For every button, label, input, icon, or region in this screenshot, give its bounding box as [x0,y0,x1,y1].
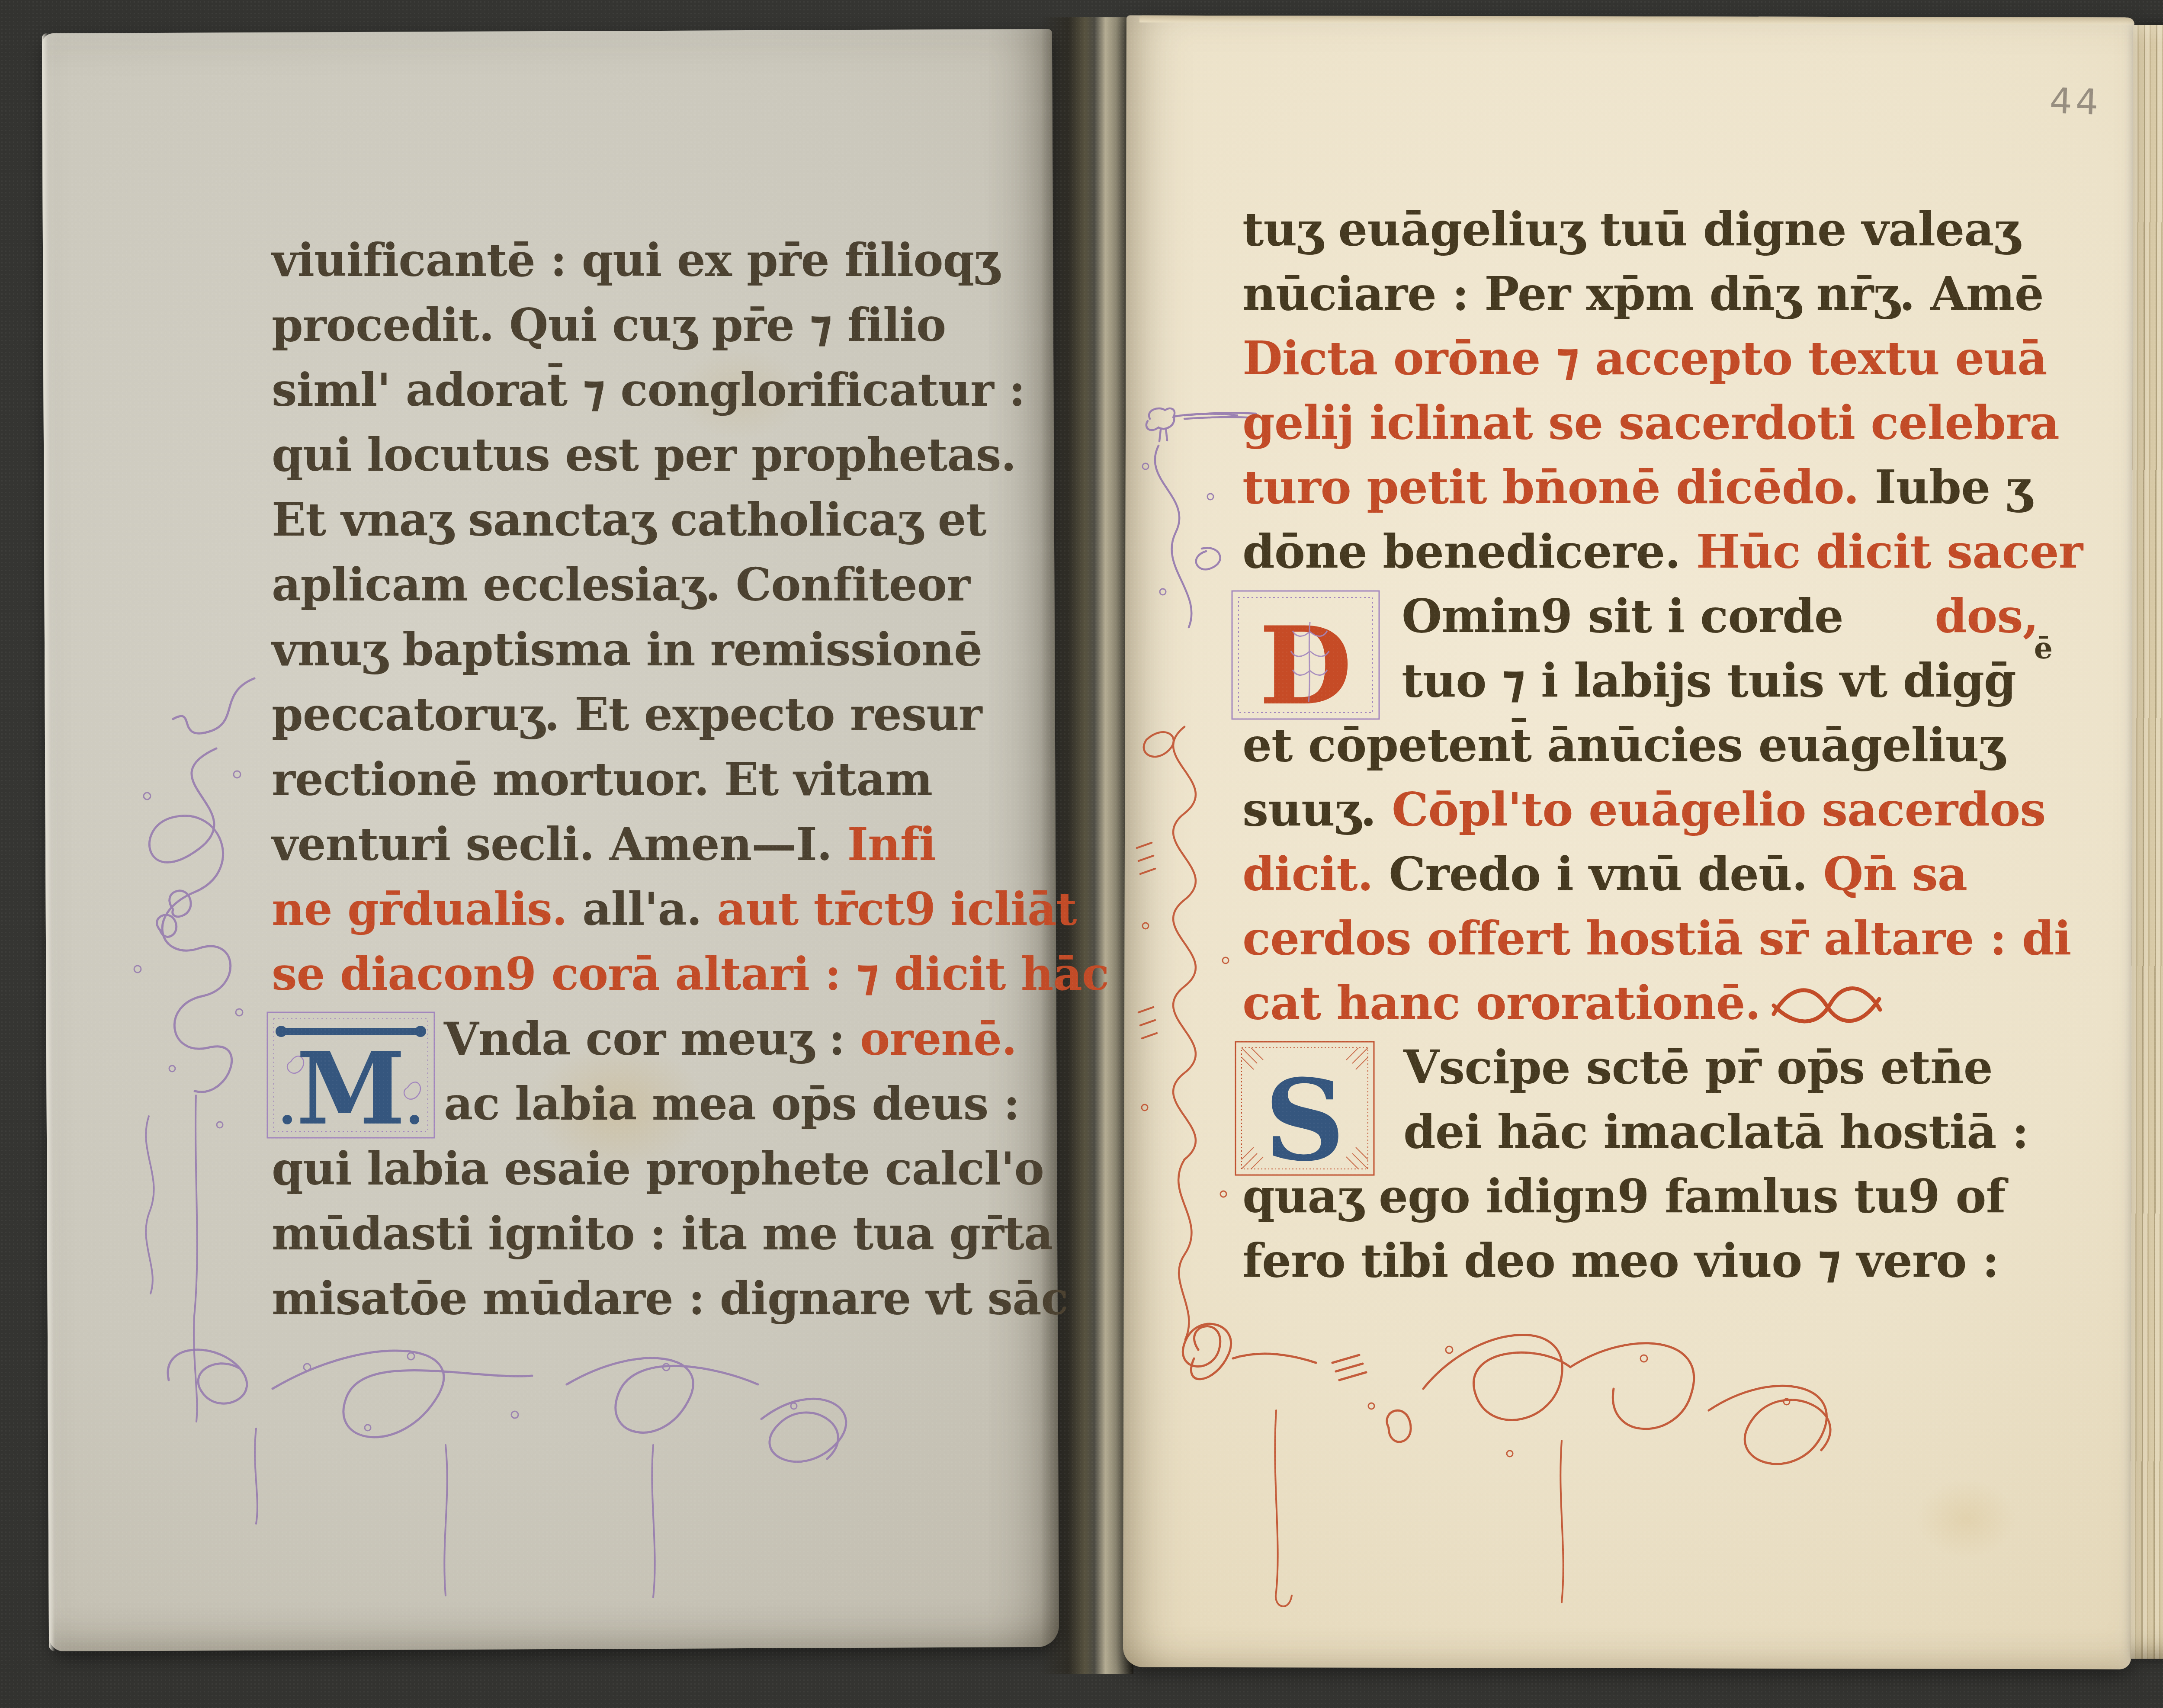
text-line: qui locutus est per prophetas. [272,428,1042,493]
text-segment: dicit. [1242,847,1389,901]
text-line: fero tibi deo meo viuo ⁊ vero : [1242,1234,2090,1298]
text-segment: Vnda cor meuʒ : [444,1012,860,1066]
text-segment: Infi [847,818,936,871]
text-segment: Qn̄ sa [1823,847,1967,901]
text-line: nūciare : Per xp̄m dn̄ʒ nr̄ʒ. Amē [1242,267,2090,331]
text-line: gelij iclinat se sacerdoti celebra [1242,396,2090,460]
text-segment: cat hanc ororationē. [1242,976,1761,1030]
text-segment: se diacon9 corā altari : ⁊ dicit hāc [272,947,1109,1001]
text-segment: Cōpl'to euāgelio sacerdos [1392,783,2045,837]
text-segment: dos, [1935,589,2038,643]
text-line: dei hāc imaclatā hostiā : [1242,1105,2090,1169]
text-segment: all'a. [582,883,717,936]
text-line: siml' adorat̄ ⁊ conglorificatur : [272,363,1042,428]
text-line: tuʒ euāgeliuʒ tuū digne valeaʒ [1242,202,2090,267]
text-segment: nūciare : Per xp̄m dn̄ʒ nr̄ʒ. Amē [1242,267,2044,321]
text-segment: et cōpetent̄ ānūcies euāgeliuʒ [1242,718,2004,772]
text-segment: venturi secli. Amen—I. [272,818,847,871]
text-segment: tuʒ euāgeliuʒ tuū digne valeaʒ [1242,202,2019,257]
text-line: ac labia mea op̄s deus : [272,1077,1042,1142]
text-segment: orenē. [860,1012,1017,1066]
penwork-right-bottom-flourish [1146,1298,1908,1609]
text-line: dicit. Credo i vnū deū. Qn̄ sa [1242,847,2090,912]
text-line: dōne benedicere. Hūc dicit sacer [1242,525,2090,589]
text-segment: qui labia esaie prophete calcl'o [272,1142,1044,1195]
manuscript-photo: M D S viuificantē : qui ex pr̄e filioqʒp… [0,0,2163,1708]
folio-number: 44 [2049,80,2102,123]
text-segment: cerdos offert hostiā sr̄ altare : di [1242,912,2071,966]
text-segment: fero tibi deo meo viuo ⁊ vero : [1242,1234,1999,1288]
text-segment: dōne benedicere. [1242,525,1696,579]
text-segment: Vscipe sctē pr̄ op̄s etn̄e [1403,1040,1993,1095]
text-segment: Credo i vnū deū. [1389,847,1823,901]
text-line: suuʒ. Cōpl'to euāgelio sacerdos [1242,783,2090,847]
text-line: qui labia esaie prophete calcl'o [272,1142,1042,1207]
text-line: cerdos offert hostiā sr̄ altare : di [1242,912,2090,976]
text-line: se diacon9 corā altari : ⁊ dicit hāc [272,947,1042,1012]
text-line: turo petit bn̄onē dicēdo. Iube ʒ [1242,460,2090,525]
text-segment: Iube ʒ [1874,460,2031,514]
text-line: cat hanc ororationē. [1242,976,2090,1040]
text-segment: quaʒ ego idign9 famlus tu9 of [1242,1169,2006,1223]
text-segment: turo petit bn̄onē dicēdo. [1242,460,1874,514]
text-line: et cōpetent̄ ānūcies euāgeliuʒ [1242,718,2090,783]
text-line: venturi secli. Amen—I. Infi [272,818,1042,883]
text-line: Omin9 sit i cordedos,ē [1242,589,2090,654]
text-segment: Dicta orōne ⁊ accepto textu euā [1242,331,2047,385]
text-segment: misatōe mūdare : dignare vt sāc [272,1272,1068,1325]
text-line: Vnda cor meuʒ : orenē. [272,1012,1042,1077]
text-segment: ne gr̄dualis. [272,883,582,936]
fore-edge-stack [2131,25,2163,1659]
text-line: tuo ⁊ i labijs tuis vt digḡ [1242,654,2090,718]
text-segment: mūdasti ignito : ita me tua gr̄ta [272,1207,1053,1260]
text-segment: Omin9 sit i corde [1402,589,1843,643]
text-segment: suuʒ. [1242,783,1392,837]
text-segment: qui locutus est per prophetas. [272,428,1016,482]
text-segment: vnuʒ baptisma in remissionē [272,623,982,676]
text-line: Dicta orōne ⁊ accepto textu euā [1242,331,2090,396]
text-segment: viuificantē : qui ex pr̄e filioqʒ [272,234,999,287]
text-segment: dei hāc imaclatā hostiā : [1403,1105,2028,1159]
text-segment: Et vnaʒ sanctaʒ catholicaʒ et [272,493,986,546]
text-segment: tuo ⁊ i labijs tuis vt digḡ [1402,654,2016,708]
text-line: Vscipe sctē pr̄ op̄s etn̄e [1242,1040,2090,1105]
text-segment: gelij iclinat se sacerdoti celebra [1242,396,2059,450]
text-segment: aplicam ecclesiaʒ. Confiteor [272,558,970,611]
text-segment: rectionē mortuor. Et vitam [272,753,932,806]
text-segment: procedit. Qui cuʒ pr̄e ⁊ filio [272,299,946,352]
penwork-right-margin-flourish [1120,718,1254,1350]
right-page-text: tuʒ euāgeliuʒ tuū digne valeaʒnūciare : … [1242,202,2090,1298]
text-line: aplicam ecclesiaʒ. Confiteor [272,558,1042,623]
text-segment: peccatoruʒ. Et expecto resur [272,688,982,741]
text-segment: ac labia mea op̄s deus : [444,1077,1020,1130]
text-line: rectionē mortuor. Et vitam [272,753,1042,818]
text-segment: siml' adorat̄ ⁊ conglorificatur : [272,363,1025,417]
text-line: viuificantē : qui ex pr̄e filioqʒ [272,234,1042,299]
penwork-left-bottom-flourish [143,1315,904,1609]
text-line: Et vnaʒ sanctaʒ catholicaʒ et [272,493,1042,558]
left-page-text: viuificantē : qui ex pr̄e filioqʒprocedi… [272,234,1042,1337]
text-line: peccatoruʒ. Et expecto resur [272,688,1042,753]
text-segment: aut tr̄ct9 icliāt [717,883,1076,936]
text-line: ne gr̄dualis. all'a. aut tr̄ct9 icliāt [272,883,1042,947]
text-segment: Hūc dicit sacer [1696,525,2083,579]
text-line: procedit. Qui cuʒ pr̄e ⁊ filio [272,299,1042,363]
text-line: misatōe mūdare : dignare vt sāc [272,1272,1042,1337]
text-line: mūdasti ignito : ita me tua gr̄ta [272,1207,1042,1272]
text-line: vnuʒ baptisma in remissionē [272,623,1042,688]
text-line: quaʒ ego idign9 famlus tu9 of [1242,1169,2090,1234]
